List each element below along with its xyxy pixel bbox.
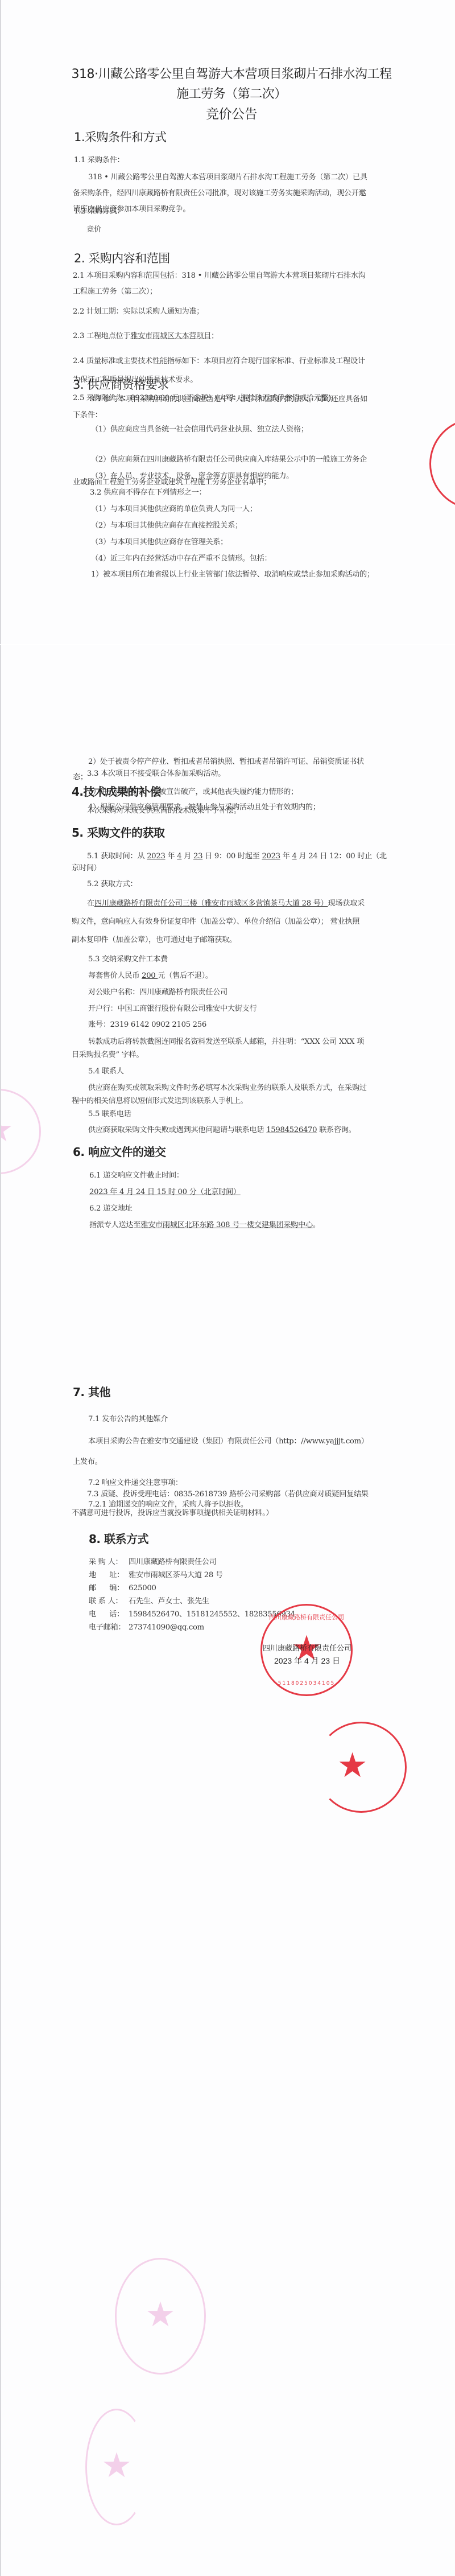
seal-number: 5118025034105 xyxy=(262,1681,351,1686)
company-seal-half: ★ xyxy=(316,1722,407,1813)
seal-star-icon: ★ xyxy=(337,1748,368,1783)
s5-3-note: 转款成功后将转款截图连同报名资料发送至联系人邮箱，并注明：“XXX 公司 XXX… xyxy=(88,1036,364,1048)
s5-2-text: 副本复印件（加盖公章），也可通过电子邮箱获取。 xyxy=(72,935,237,946)
seal-star-icon: ★ xyxy=(101,2449,132,2483)
section-6-heading: 6. 响应文件的递交 xyxy=(73,1143,166,1159)
s5-2-label: 5.2 获取方式： xyxy=(87,879,137,890)
s5-3-label: 5.3 交纳采购文件工本费 xyxy=(88,954,168,965)
s5-3-account-name: 对公账户名称：四川康藏路桥有限责任公司 xyxy=(88,987,227,998)
contact-row: 采 购 人：四川康藏路桥有限责任公司 xyxy=(89,1557,295,1568)
s6-2-address: 指派专人送达至雅安市雨城区北环东路 308 号一楼交建集团采购中心。 xyxy=(89,1220,320,1231)
s6-1-deadline: 2023 年 4 月 24 日 15 时 00 分（北京时间） xyxy=(89,1187,241,1198)
contact-row: 联 系 人：石先生、芦女士、张先生 xyxy=(89,1596,295,1607)
seal-ring-text: 四川康藏路桥有限责任公司 xyxy=(262,1612,351,1622)
page-3-content: 7.3 质疑、投诉受理电话：0835-2618739 路桥公司采购部（若供应商对… xyxy=(0,1289,455,1933)
page-4: ★ ★ xyxy=(0,1933,455,2576)
s5-3-bank: 开户行：中国工商银行股份有限公司雅安中大街支行 xyxy=(88,1003,257,1015)
section-4-heading: 4.技术成果的补偿 xyxy=(72,783,161,799)
s5-1-text: 5.1 获取时间：从 2023 年 4 月 23 日 9：00 时起至 2023… xyxy=(87,851,387,862)
s5-5-text: 供应商获取采购文件失败或遇到其他问题请与联系电话 15984526470 联系咨… xyxy=(88,1125,356,1136)
contact-row: 地 址：雅安市雨城区茶马大道 28 号 xyxy=(89,1570,295,1581)
s7-3-text: 不满意可进行投诉，投诉应当就投诉事项提供相关证明材料。） xyxy=(72,1508,273,1519)
s6-1-label: 6.1 递交响应文件截止时间： xyxy=(89,1170,184,1182)
s5-4-text: 程中的相关信息将以短信形式发送到该联系人手机上。 xyxy=(72,1096,247,1107)
s5-4-text: 供应商在购买或领取采购文件时务必填写本次采购业务的联系人及联系方式，在采购过 xyxy=(88,1083,367,1094)
s7-3-text: 7.3 质疑、投诉受理电话：0835-2618739 路桥公司采购部（若供应商对… xyxy=(87,1489,369,1500)
s5-3-account-number: 账号：2319 6142 0902 2105 256 xyxy=(88,1019,206,1031)
s5-1-text: 京时间） xyxy=(72,863,101,874)
s4-text: 本次采购对未成交供应商的技术成果不予补偿。 xyxy=(87,805,241,817)
s5-3-note: 目采购报名费” 字样。 xyxy=(72,1050,143,1061)
company-seal-showthrough: ★ xyxy=(115,2258,206,2375)
section-5-heading: 5. 采购文件的获取 xyxy=(72,824,164,840)
page-2-content: 3.3 本次项目不接受联合体参加采购活动。 4.技术成果的补偿 本次采购对未成交… xyxy=(0,645,455,1289)
company-seal-showthrough: ★ xyxy=(85,2409,148,2525)
section-8-heading: 8. 联系方式 xyxy=(89,1530,148,1546)
s3-3-text: 3.3 本次项目不接受联合体参加采购活动。 xyxy=(87,768,225,780)
s6-2-label: 6.2 递交地址 xyxy=(89,1203,133,1215)
s5-2-text: 在四川康藏路桥有限责任公司三楼（雅安市雨城区多营镇茶马大道 28 号）现场获取采 xyxy=(87,898,365,910)
s5-3-price: 每套售价人民币 200 元（售后不退）。 xyxy=(88,970,213,982)
s3-exclusion-4-1: 1）被本项目所在地省级以上行业主管部门依法暂停、取消响应或禁止参加采购活动的； xyxy=(91,569,374,581)
signature-company: 四川康藏路桥有限责任公司 xyxy=(259,1642,355,1653)
contact-row: 邮 编：625000 xyxy=(89,1583,295,1594)
company-seal-partial: ★ xyxy=(429,418,455,509)
signature-date: 2023 年 4 月 23 日 xyxy=(259,1655,355,1666)
contact-list: 采 购 人：四川康藏路桥有限责任公司 地 址：雅安市雨城区茶马大道 28 号 邮… xyxy=(89,1557,295,1633)
page-1-tail: 1）被本项目所在地省级以上行业主管部门依法暂停、取消响应或禁止参加采购活动的； … xyxy=(0,0,455,645)
s5-4-label: 5.4 联系人 xyxy=(88,1066,124,1077)
s5-2-text: 购文件，意向响应人有效身份证复印件（加盖公章）、单位介绍信（加盖公章）； 营业执… xyxy=(72,916,359,928)
seal-star-icon: ★ xyxy=(145,2298,176,2332)
s5-5-label: 5.5 联系电话 xyxy=(88,1109,131,1120)
